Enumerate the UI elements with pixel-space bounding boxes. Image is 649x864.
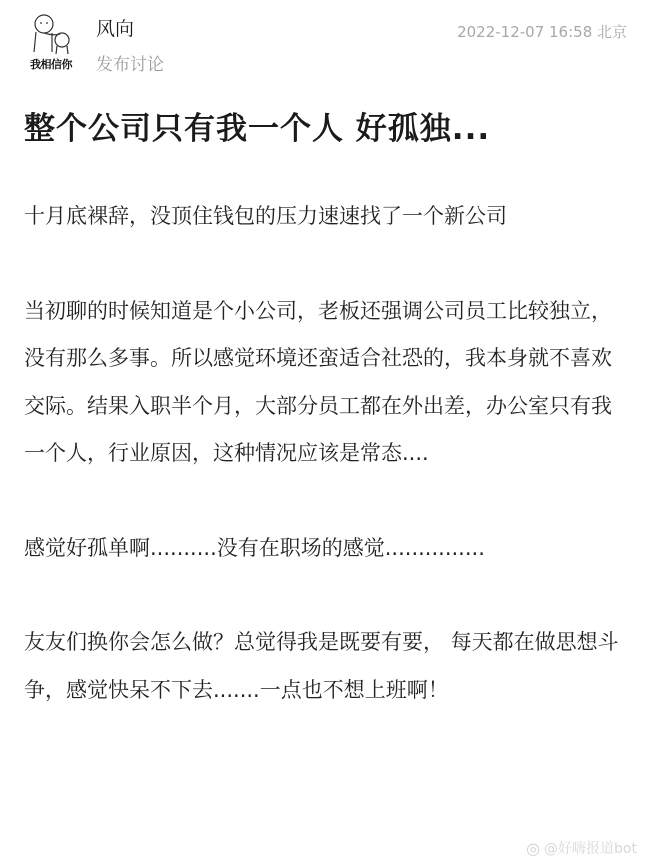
post-type-label: 发布讨论: [96, 50, 164, 75]
timestamp: 2022-12-07 16:58 北京: [457, 21, 627, 42]
paragraph: 友友们换你会怎么做？总觉得我是既要有要， 每天都在做思想斗争，感觉快呆不下去..…: [24, 619, 624, 714]
post-header: 我相信你 风向 发布讨论 2022-12-07 16:58 北京: [0, 0, 649, 80]
avatar-caption: 我相信你: [24, 56, 78, 72]
watermark: ◎ @好嗨报道bot: [526, 838, 637, 858]
watermark-text: @好嗨报道bot: [544, 838, 637, 858]
paragraph: 当初聊的时候知道是个小公司，老板还强调公司员工比较独立，没有那么多事。所以感觉环…: [24, 288, 624, 478]
username[interactable]: 风向: [96, 14, 134, 41]
meme-avatar-icon: [24, 12, 78, 56]
post-title: 整个公司只有我一个人 好孤独...: [24, 103, 490, 148]
avatar[interactable]: 我相信你: [24, 12, 78, 72]
paragraph: 十月底裸辞，没顶住钱包的压力速速找了一个新公司: [24, 193, 624, 241]
post-body: 十月底裸辞，没顶住钱包的压力速速找了一个新公司 当初聊的时候知道是个小公司，老板…: [24, 193, 624, 761]
weibo-logo-icon: ◎: [526, 839, 540, 858]
paragraph: 感觉好孤单啊..........没有在职场的感觉...............: [24, 525, 624, 573]
